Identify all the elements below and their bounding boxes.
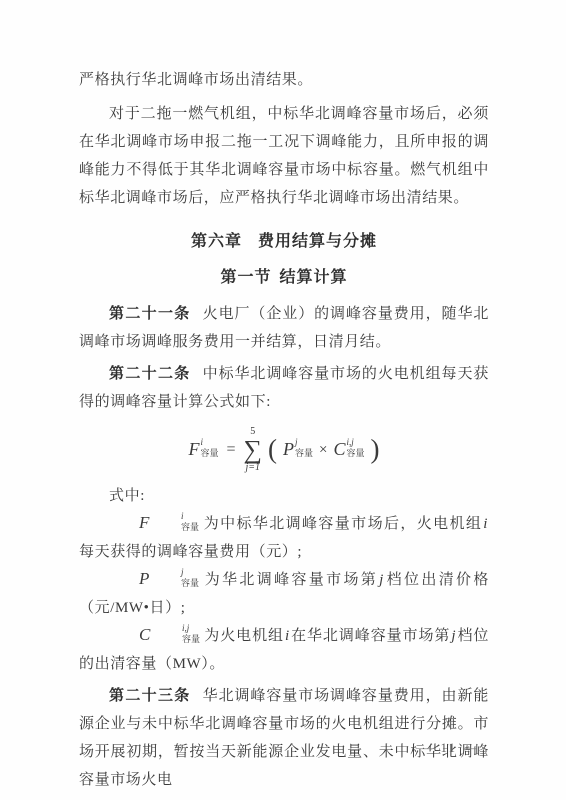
formula-var-C: Ci,j容量 [334,440,365,460]
def-var-C: Ci,j容量 [109,626,200,646]
section-title: 结算计算 [280,269,348,286]
page-number-dash-left: — [419,740,434,755]
intro-paragraph: 严格执行华北调峰市场出清结果。 [79,66,489,94]
chapter-heading: 第六章费用结算与分摊 [79,228,489,256]
article-23-label: 第二十三条 [109,688,191,704]
def-C-var-i: i [284,628,291,644]
open-paren: ( [268,436,277,463]
def-P-text-1: 为华北调峰容量市场第 [203,572,378,588]
article-22-label: 第二十二条 [109,366,191,382]
def-F-var-i: i [482,516,489,532]
definition-P: Pj容量 为华北调峰容量市场第j档位出清价格（元/MW•日）; [79,566,489,622]
equals-sign: = [226,441,235,459]
article-21-label: 第二十一条 [109,306,191,322]
def-var-F: Fi容量 [109,514,199,534]
page-number: —11— [413,740,484,756]
def-C-text-1: 为火电机组 [204,628,284,644]
def-P-var-j: j [378,572,385,588]
definition-F: Fi容量 为中标华北调峰容量市场后，火电机组i每天获得的调峰容量费用（元）; [79,510,489,566]
def-F-text-1: 为中标华北调峰容量市场后，火电机组 [203,516,482,532]
summation-symbol: 5 ∑ j=1 [243,427,262,472]
definition-C: Ci,j容量 为火电机组i在华北调峰容量市场第j档位的出清容量（MW）。 [79,622,489,678]
chapter-number: 第六章 [191,233,242,250]
where-label: 式中: [79,482,489,510]
def-var-P: Pj容量 [109,570,199,590]
page-number-value: 11 [440,740,457,755]
gas-unit-paragraph: 对于二拖一燃气机组，中标华北调峰容量市场后，必须在华北调峰市场申报二拖一工况下调… [79,100,489,212]
close-paren: ) [371,436,380,463]
section-number: 第一节 [220,269,271,286]
article-21: 第二十一条火电厂（企业）的调峰容量费用，随华北调峰市场调峰服务费用一并结算，日清… [79,300,489,356]
def-F-text-2: 每天获得的调峰容量费用（元）; [79,544,302,560]
formula-var-F: Fi容量 [188,440,218,460]
page-number-dash-right: — [463,740,478,755]
multiply-sign: × [319,442,327,459]
chapter-title: 费用结算与分摊 [258,233,377,250]
article-23: 第二十三条华北调峰容量市场调峰容量费用，由新能源企业与未中标华北调峰容量市场的火… [79,682,489,794]
formula-var-P: Pj容量 [283,440,313,460]
section-heading: 第一节结算计算 [79,264,489,292]
document-page: 严格执行华北调峰市场出清结果。 对于二拖一燃气机组，中标华北调峰容量市场后，必须… [0,0,566,800]
article-22: 第二十二条中标华北调峰容量市场的火电机组每天获得的调峰容量计算公式如下: [79,360,489,416]
capacity-fee-formula: Fi容量 = 5 ∑ j=1 ( Pj容量 × Ci,j容量 ) [79,422,489,478]
def-C-text-2: 在华北调峰容量市场第 [291,628,451,644]
